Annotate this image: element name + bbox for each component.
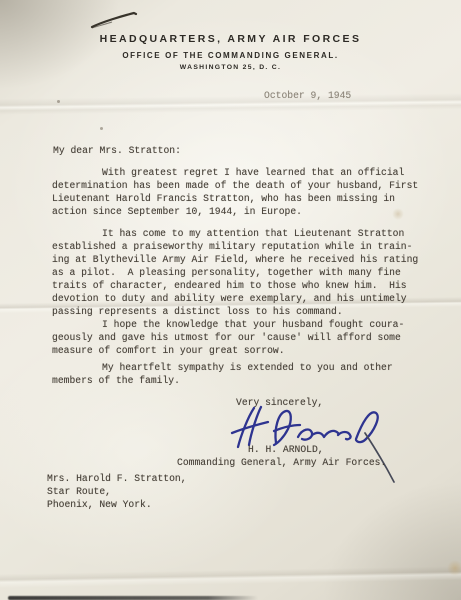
paragraph-line: I hope the knowledge that your husband f…: [52, 318, 404, 331]
paper-speck: [100, 127, 103, 130]
date-line: October 9, 1945: [264, 89, 351, 102]
paper-stain: [447, 560, 461, 576]
signature-typed-name: H. H. ARNOLD,: [248, 443, 324, 456]
letter-photo: HEADQUARTERS, ARMY AIR FORCES OFFICE OF …: [0, 0, 461, 600]
pen-mark: [88, 8, 140, 32]
letterhead-line1: HEADQUARTERS, ARMY AIR FORCES: [0, 33, 461, 45]
recipient-name: Mrs. Harold F. Stratton,: [47, 472, 187, 485]
salutation: My dear Mrs. Stratton:: [53, 144, 181, 157]
paragraph-3: I hope the knowledge that your husband f…: [52, 318, 404, 357]
paragraph-line: passing represents a distinct loss to hi…: [52, 305, 418, 318]
letterhead-line3: WASHINGTON 25, D. C.: [0, 64, 461, 71]
paragraph-1: With greatest regret I have learned that…: [52, 166, 418, 218]
corner-shadow-bottom-right: [321, 480, 461, 600]
paragraph-line: geously and gave his utmost for our 'cau…: [52, 331, 404, 344]
paragraph-line: ing at Blytheville Army Air Field, where…: [52, 253, 418, 266]
paragraph-line: devotion to duty and ability were exempl…: [52, 292, 418, 305]
recipient-city: Phoenix, New York.: [47, 498, 187, 511]
signature-typed-title: Commanding General, Army Air Forces.: [177, 456, 386, 469]
paragraph-line: My heartfelt sympathy is extended to you…: [52, 361, 393, 374]
paragraph-line: as a pilot. A pleasing personality, toge…: [52, 266, 418, 279]
letterhead-line2: OFFICE OF THE COMMANDING GENERAL.: [0, 51, 461, 60]
paragraph-line: Lieutenant Harold Francis Stratton, who …: [52, 192, 418, 205]
paragraph-2: It has come to my attention that Lieuten…: [52, 227, 418, 318]
paragraph-line: measure of comfort in your great sorrow.: [52, 344, 404, 357]
paragraph-4: My heartfelt sympathy is extended to you…: [52, 361, 393, 387]
paragraph-line: members of the family.: [52, 374, 393, 387]
paragraph-line: determination has been made of the death…: [52, 179, 418, 192]
paper-speck: [57, 100, 60, 103]
paragraph-line: traits of character, endeared him to tho…: [52, 279, 418, 292]
paragraph-line: With greatest regret I have learned that…: [52, 166, 418, 179]
recipient-street: Star Route,: [47, 485, 187, 498]
photo-bottom-edge: [8, 596, 258, 600]
paragraph-line: It has come to my attention that Lieuten…: [52, 227, 418, 240]
recipient-address: Mrs. Harold F. Stratton, Star Route, Pho…: [47, 472, 187, 511]
paragraph-line: action since September 10, 1944, in Euro…: [52, 205, 418, 218]
paragraph-line: established a praiseworthy military repu…: [52, 240, 418, 253]
